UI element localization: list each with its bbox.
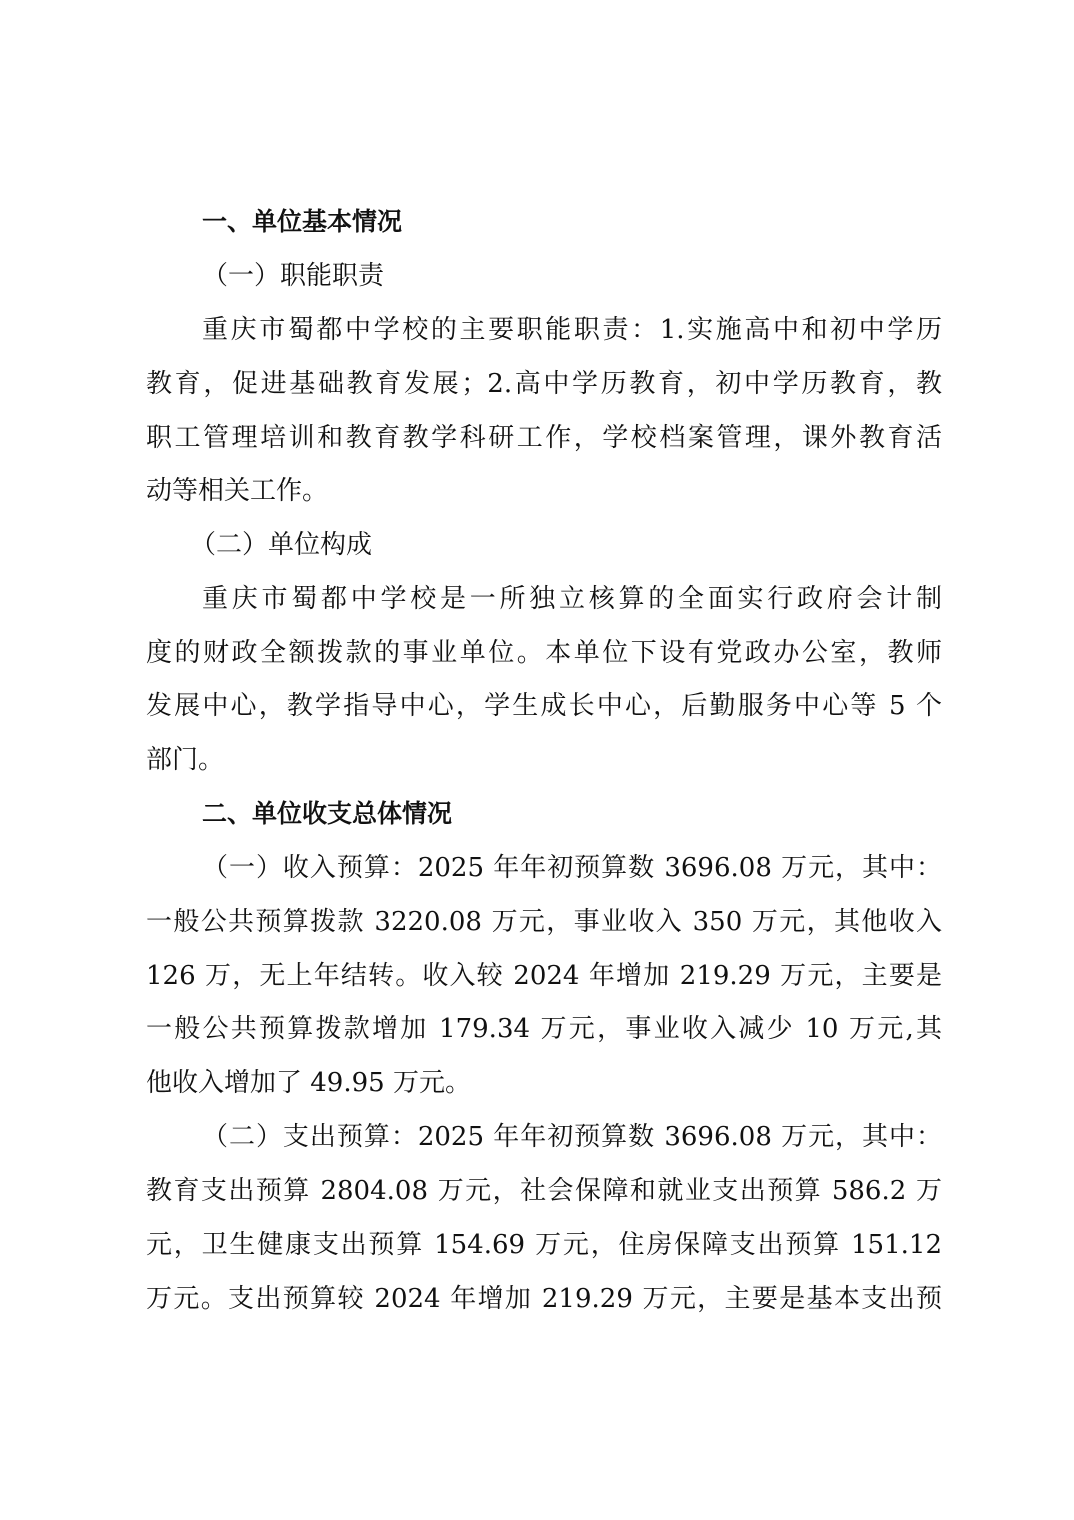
section-heading-2: 二、单位收支总体情况 <box>202 799 998 829</box>
subsection-heading-composition: （二）单位构成 <box>190 530 986 560</box>
paragraph-line: 教育支出预算 2804.08 万元，社会保障和就业支出预算 586.2 万 <box>146 1176 942 1206</box>
income-budget-line: （一）收入预算：2025 年年初预算数 3696.08 万元，其中： <box>202 853 942 883</box>
paragraph-line: 重庆市蜀都中学校是一所独立核算的全面实行政府会计制 <box>202 584 942 614</box>
paragraph-line: 元，卫生健康支出预算 154.69 万元，住房保障支出预算 151.12 <box>146 1230 942 1260</box>
paragraph-line: 动等相关工作。 <box>146 476 942 506</box>
paragraph-line: 重庆市蜀都中学校的主要职能职责：1.实施高中和初中学历 <box>202 315 942 345</box>
expense-budget-line: （二）支出预算：2025 年年初预算数 3696.08 万元，其中： <box>202 1122 942 1152</box>
subsection-heading-duties: （一）职能职责 <box>202 261 998 291</box>
paragraph-line: 职工管理培训和教育教学科研工作，学校档案管理，课外教育活 <box>146 423 942 453</box>
paragraph-line: 万元。支出预算较 2024 年增加 219.29 万元，主要是基本支出预 <box>146 1284 942 1314</box>
paragraph-line: 126 万，无上年结转。收入较 2024 年增加 219.29 万元，主要是 <box>146 961 942 991</box>
paragraph-line: 一般公共预算拨款 3220.08 万元，事业收入 350 万元，其他收入 <box>146 907 942 937</box>
paragraph-line: 发展中心，教学指导中心，学生成长中心，后勤服务中心等 5 个 <box>146 691 942 721</box>
paragraph-line: 度的财政全额拨款的事业单位。本单位下设有党政办公室，教师 <box>146 638 942 668</box>
paragraph-line: 部门。 <box>146 745 942 775</box>
paragraph-line: 教育，促进基础教育发展；2.高中学历教育，初中学历教育，教 <box>146 369 942 399</box>
section-heading-1: 一、单位基本情况 <box>202 207 998 237</box>
paragraph-line: 他收入增加了 49.95 万元。 <box>146 1068 942 1098</box>
paragraph-line: 一般公共预算拨款增加 179.34 万元，事业收入减少 10 万元,其 <box>146 1014 942 1044</box>
